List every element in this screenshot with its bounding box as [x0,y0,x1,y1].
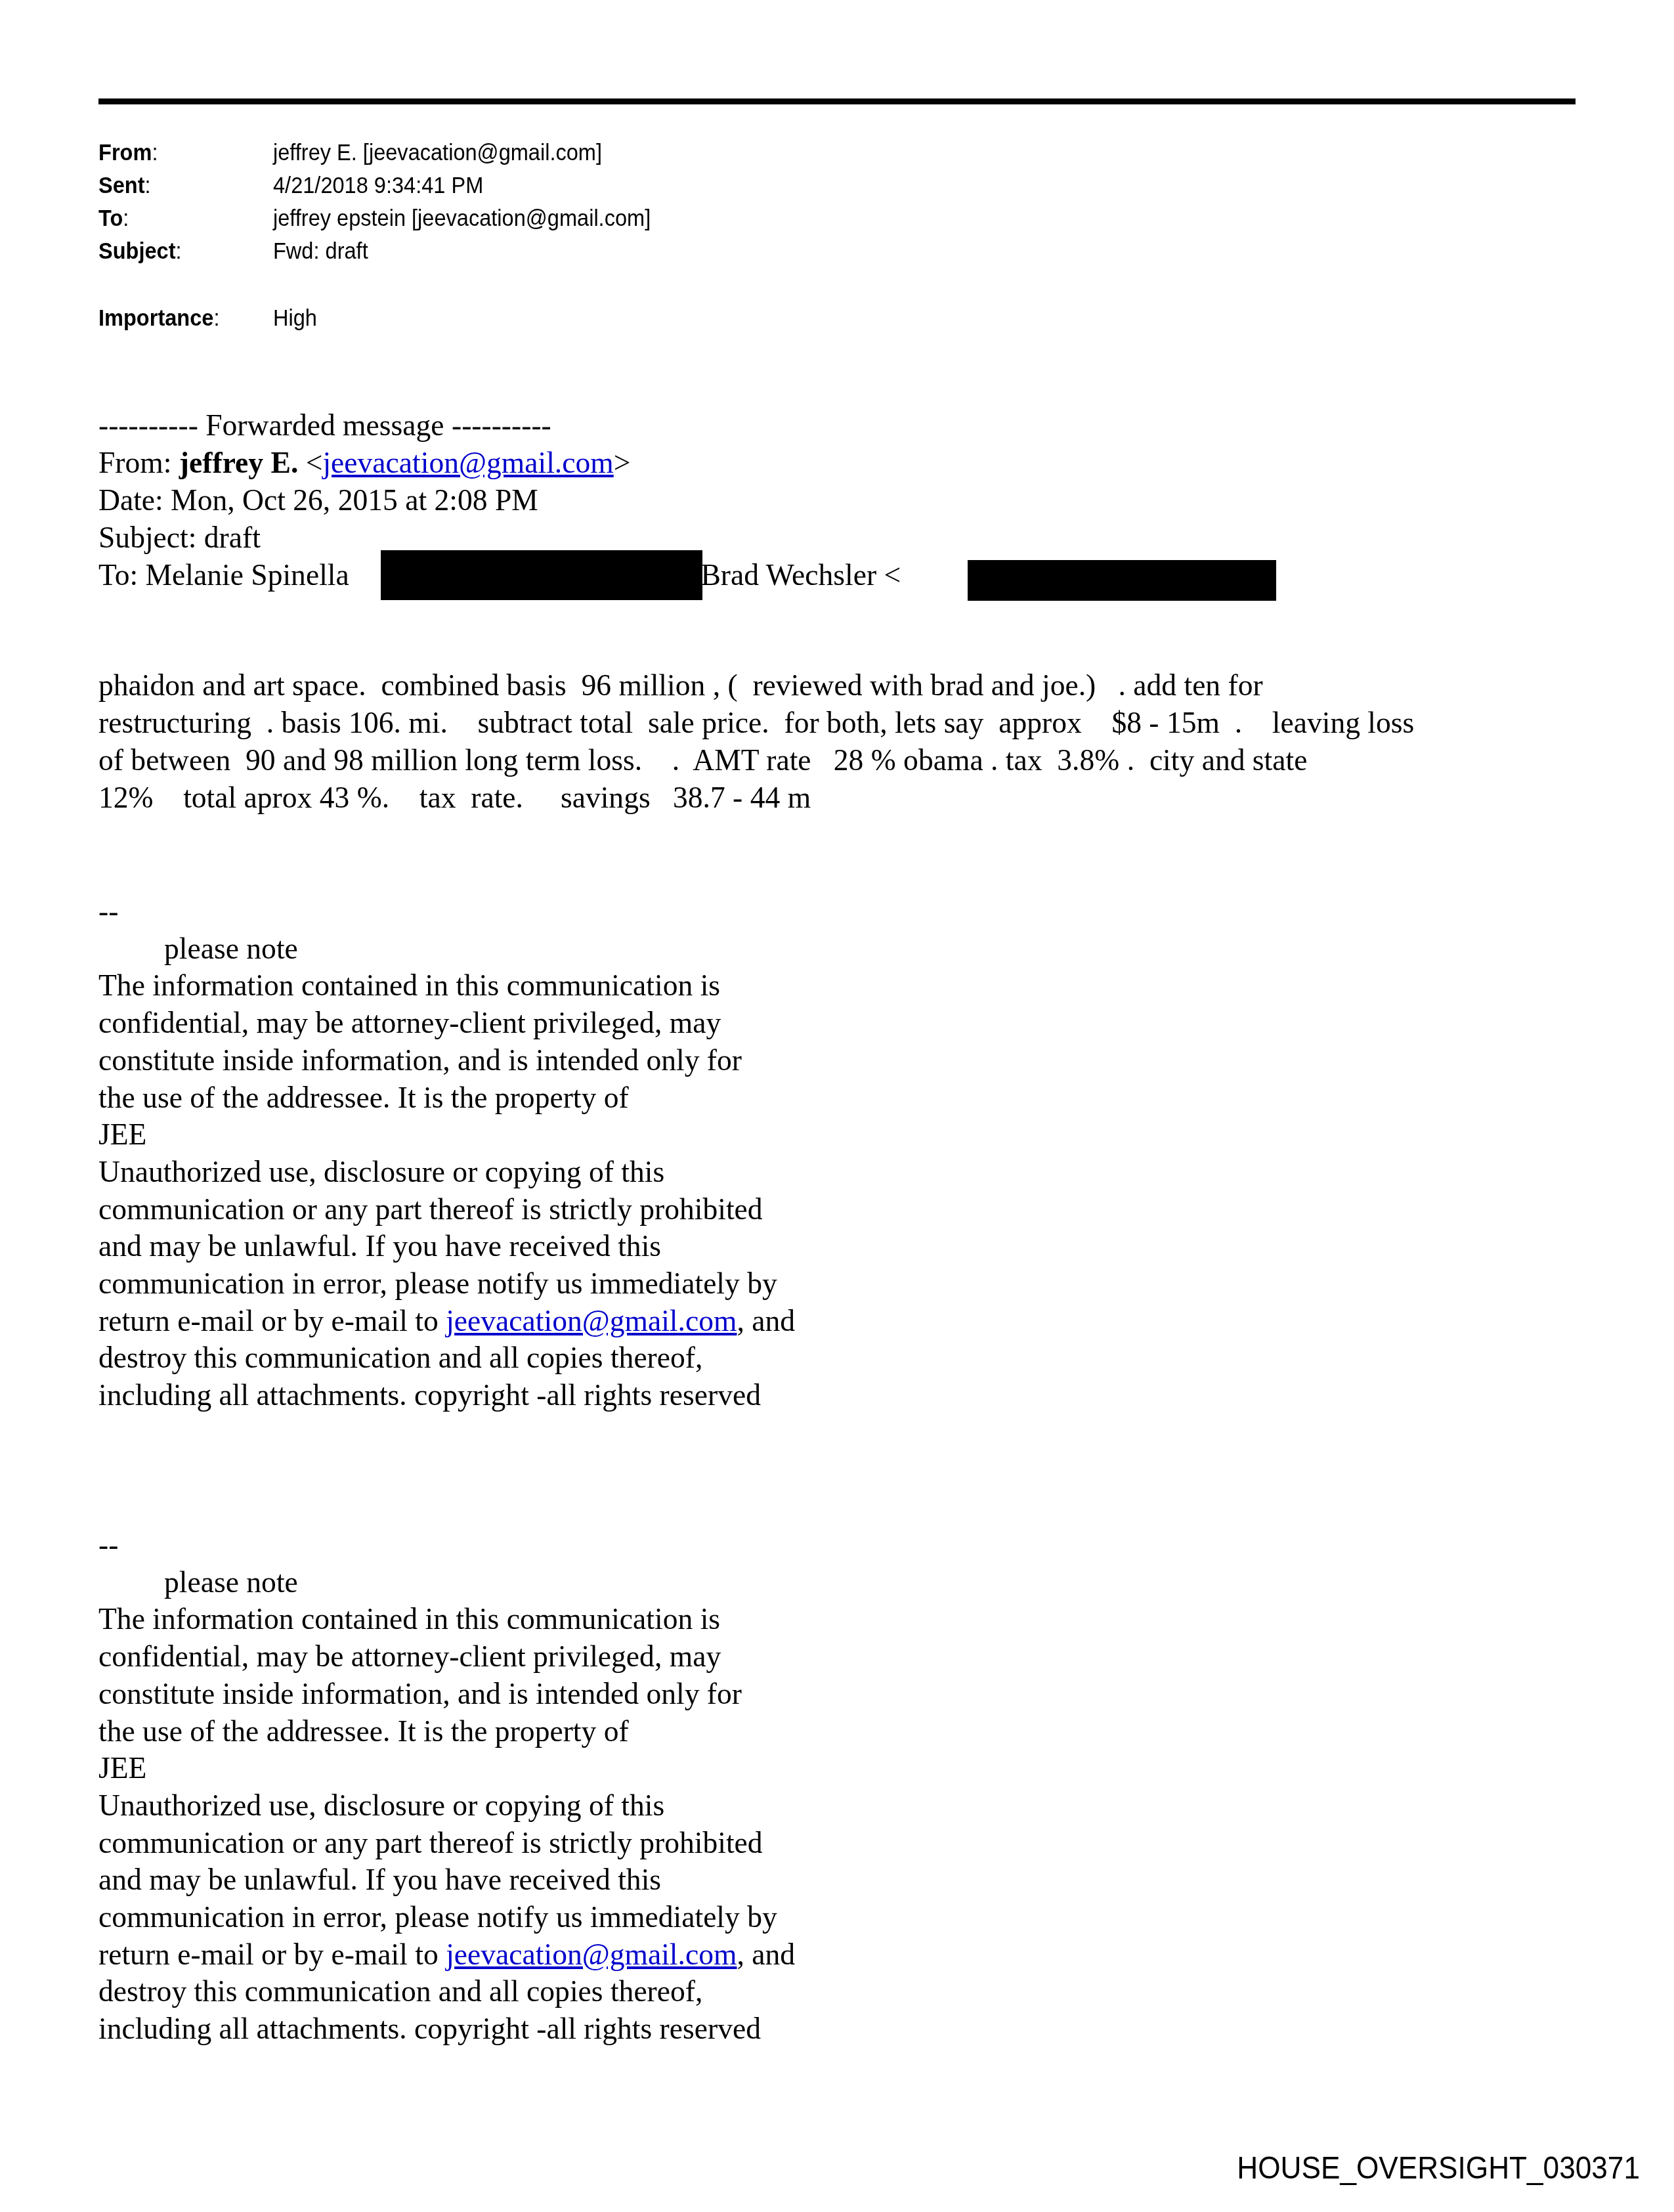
disclaimer-link-suffix: , and [737,1938,795,1972]
header-subject-row: Subject: Fwd: draft [98,235,1075,268]
body-line: 12% total aprox 43 %. tax rate. savings … [98,779,811,816]
header-sent-value: 4/21/2018 9:34:41 PM [273,169,483,202]
header-to-value: jeffrey epstein [jeevacation@gmail.com] [273,202,651,235]
disclaimer-line: constitute inside information, and is in… [98,1042,742,1079]
header-sent-row: Sent: 4/21/2018 9:34:41 PM [98,169,1075,202]
header-sent-label: Sent: [98,169,151,202]
header-importance-row: Importance: High [98,302,1075,335]
disclaimer-link-prefix: return e-mail or by e-mail to [98,1938,446,1972]
forwarded-from-label: From: [98,446,179,480]
body-line: of between 90 and 98 million long term l… [98,742,1307,779]
disclaimer-line: JEE [98,1750,146,1787]
disclaimer-line: communication in error, please notify us… [98,1899,777,1936]
header-to-label: To: [98,202,129,235]
header-from-label: From: [98,137,158,169]
disclaimer-link-suffix: , and [737,1304,795,1338]
disclaimer-line: and may be unlawful. If you have receive… [98,1228,661,1265]
forwarded-separator: ---------- Forwarded message ---------- [98,407,551,444]
forwarded-from-email-link[interactable]: jeevacation@gmail.com [322,446,613,480]
header-subject-label: Subject: [98,235,182,268]
disclaimer-line: including all attachments. copyright -al… [98,1377,761,1414]
disclaimer-please-note: please note [164,1564,298,1601]
header-subject-value: Fwd: draft [273,235,368,268]
body-line: restructuring . basis 106. mi. subtract … [98,705,1414,741]
disclaimer-line: constitute inside information, and is in… [98,1676,742,1712]
signature-separator: -- [98,1527,118,1563]
disclaimer-line: the use of the addressee. It is the prop… [98,1713,629,1750]
disclaimer-line: destroy this communication and all copie… [98,1339,702,1376]
body-line: phaidon and art space. combined basis 96… [98,667,1263,704]
disclaimer-link-line: return e-mail or by e-mail to jeevacatio… [98,1936,795,1973]
forwarded-from: From: jeffrey E. <jeevacation@gmail.com> [98,445,630,481]
redaction-box-1 [381,550,702,600]
header-from-value: jeffrey E. [jeevacation@gmail.com] [273,137,602,169]
disclaimer-link-prefix: return e-mail or by e-mail to [98,1304,446,1338]
disclaimer-line: confidential, may be attorney-client pri… [98,1638,721,1675]
disclaimer-line: communication or any part thereof is str… [98,1191,763,1228]
header-importance-value: High [273,302,317,335]
forwarded-from-name: jeffrey E. [179,446,298,480]
forwarded-to-middle: >, Brad Wechsler < [669,558,901,592]
forwarded-subject: Subject: draft [98,519,261,556]
disclaimer-link-line: return e-mail or by e-mail to jeevacatio… [98,1303,795,1339]
disclaimer-line: communication or any part thereof is str… [98,1825,763,1861]
disclaimer-line: confidential, may be attorney-client pri… [98,1005,721,1041]
disclaimer-line: The information contained in this commun… [98,1601,720,1637]
header-rule [98,98,1576,104]
disclaimer-line: and may be unlawful. If you have receive… [98,1861,661,1898]
disclaimer-line: including all attachments. copyright -al… [98,2010,761,2047]
disclaimer-line: communication in error, please notify us… [98,1265,777,1302]
header-to-row: To: jeffrey epstein [jeevacation@gmail.c… [98,202,1075,235]
forwarded-to-label: To: Melanie Spinella [98,558,356,592]
disclaimer-email-link[interactable]: jeevacation@gmail.com [446,1304,737,1338]
disclaimer-email-link[interactable]: jeevacation@gmail.com [446,1938,737,1972]
disclaimer-please-note: please note [164,930,298,967]
disclaimer-line: Unauthorized use, disclosure or copying … [98,1154,664,1190]
signature-separator: -- [98,893,118,930]
disclaimer-line: The information contained in this commun… [98,967,720,1004]
redaction-box-2 [968,560,1276,601]
bates-number: HOUSE_OVERSIGHT_030371 [1237,2150,1640,2187]
disclaimer-line: Unauthorized use, disclosure or copying … [98,1787,664,1824]
disclaimer-line: JEE [98,1116,146,1153]
disclaimer-line: the use of the addressee. It is the prop… [98,1079,629,1116]
header-importance-label: Importance: [98,302,220,335]
forwarded-date: Date: Mon, Oct 26, 2015 at 2:08 PM [98,482,538,519]
disclaimer-line: destroy this communication and all copie… [98,1973,702,2010]
header-from-row: From: jeffrey E. [jeevacation@gmail.com] [98,137,1075,169]
